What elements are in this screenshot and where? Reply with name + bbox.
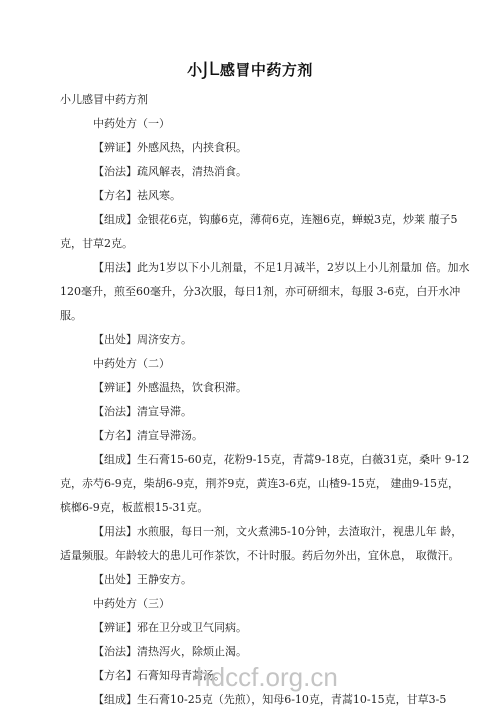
section-fangming: 【方名】清宣导滞汤。 [60,424,470,448]
document-body: 小儿感冒中药方剂 中药处方（一） 【辨证】外感风热，内挟食积。 【治法】疏风解表… [60,88,470,707]
section-yongfa: 【用法】水煎服，每日一剂，文火煮沸5-10分钟，去渣取汁，视患儿年 龄，适量频服… [60,520,470,568]
section-bianzheng: 【辨证】外感风热，内挟食积。 [60,136,470,160]
section-chuchu: 【出处】王静安方。 [60,568,470,592]
section-heading: 中药处方（二） [60,352,470,376]
title-prefix: 小 [187,61,203,79]
document-title: 小JL感冒中药方剂 [0,58,500,80]
section-fangming: 【方名】祛风寒。 [60,184,470,208]
section-zucheng: 【组成】生石膏15-60克，花粉9-15克，青蒿9-18克，白薇31克，桑叶 9… [60,448,470,520]
section-zhifa: 【治法】清宣导滞。 [60,400,470,424]
section-yongfa: 【用法】此为1岁以下小儿剂量，不足1月减半，2岁以上小儿剂量加 倍。加水120毫… [60,256,470,328]
section-zhifa: 【治法】疏风解表，清热消食。 [60,160,470,184]
section-zucheng: 【组成】金银花6克，钩藤6克，薄荷6克，连翘6克，蝉蜕3克，炒莱 菔子5克，甘草… [60,208,470,256]
watermark: hdccf.org.cn [0,662,500,693]
title-rest: 感冒中药方剂 [220,61,313,79]
section-heading: 中药处方（一） [60,112,470,136]
section-zhifa: 【治法】清热泻火，除烦止渴。 [60,640,470,664]
section-bianzheng: 【辨证】邪在卫分或卫气同病。 [60,616,470,640]
section-chuchu: 【出处】周济安方。 [60,328,470,352]
title-big-chars: JL [203,58,220,80]
document-subtitle: 小儿感冒中药方剂 [60,88,470,112]
section-bianzheng: 【辨证】外感温热，饮食积滞。 [60,376,470,400]
section-heading: 中药处方（三） [60,592,470,616]
